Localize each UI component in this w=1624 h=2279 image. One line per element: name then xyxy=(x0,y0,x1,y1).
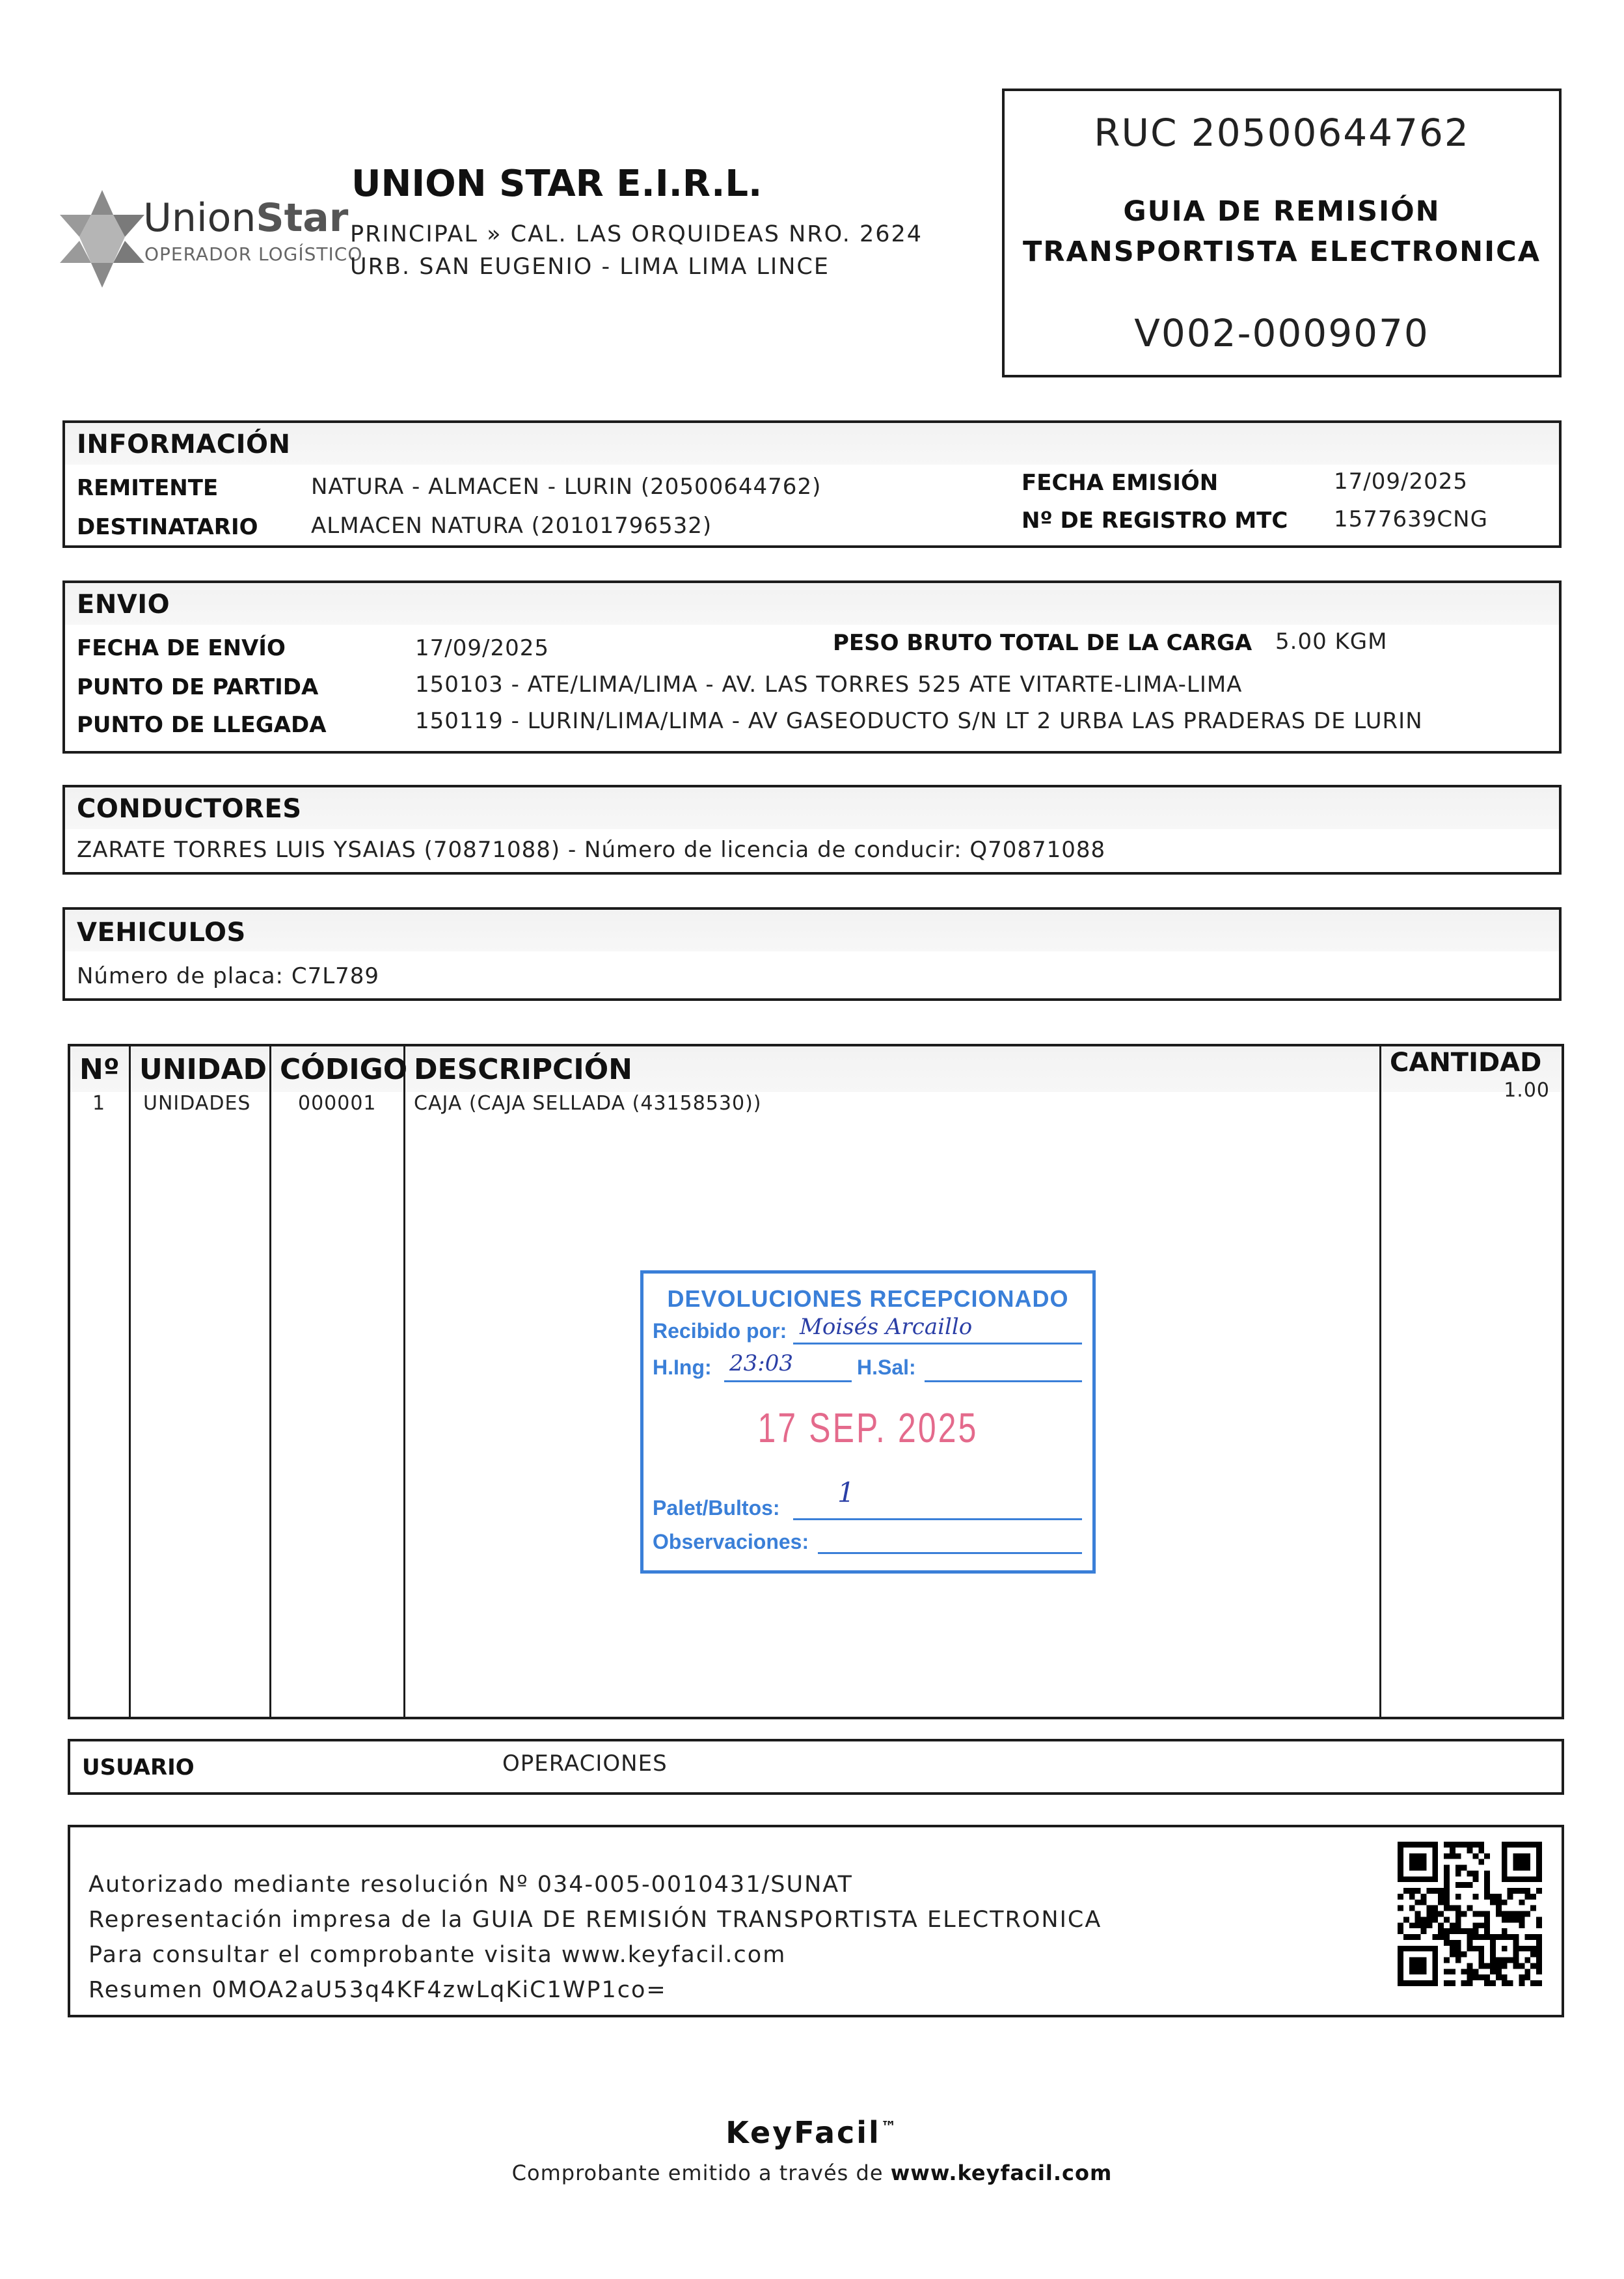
company-address-line2: URB. SAN EUGENIO - LIMA LIMA LINCE xyxy=(350,254,830,280)
usuario-label: USUARIO xyxy=(82,1754,195,1781)
section-title: CONDUCTORES xyxy=(77,794,302,824)
star-logo-icon xyxy=(60,190,144,288)
legal-representation: Representación impresa de la GUIA DE REM… xyxy=(88,1907,1102,1933)
column-header-unidad: UNIDAD xyxy=(139,1053,267,1086)
logo-tagline: OPERADOR LOGÍSTICO xyxy=(144,243,362,265)
stamp-palet-label: Palet/Bultos: xyxy=(653,1496,780,1520)
conductores-section: CONDUCTORES ZARATE TORRES LUIS YSAIAS (7… xyxy=(62,785,1562,875)
legal-hash-summary: Resumen 0MOA2aU53q4KF4zwLqKiC1WP1co= xyxy=(88,1977,667,2003)
stamp-observaciones-label: Observaciones: xyxy=(653,1530,809,1554)
row-number: 1 xyxy=(92,1092,105,1115)
column-header-no: Nº xyxy=(79,1053,120,1086)
logo-wordmark: UnionStar xyxy=(143,195,348,241)
registro-mtc-value: 1577639CNG xyxy=(1334,506,1488,532)
legal-section: Autorizado mediante resolución Nº 034-00… xyxy=(68,1825,1564,2017)
punto-partida-label: PUNTO DE PARTIDA xyxy=(77,674,318,700)
keyfacil-brand: KeyFacil™ xyxy=(0,2115,1624,2150)
fecha-envio-value: 17/09/2025 xyxy=(415,635,549,661)
document-number: V002-0009070 xyxy=(1005,311,1559,355)
remitente-value: NATURA - ALMACEN - LURIN (20500644762) xyxy=(311,474,821,500)
section-title: VEHICULOS xyxy=(77,918,246,948)
row-cantidad: 1.00 xyxy=(1504,1079,1550,1102)
row-descripcion: CAJA (CAJA SELLADA (43158530)) xyxy=(414,1092,761,1115)
document-type-line2: TRANSPORTISTA ELECTRONICA xyxy=(1005,236,1559,268)
peso-value: 5.00 KGM xyxy=(1275,629,1388,655)
legal-consult-url: Para consultar el comprobante visita www… xyxy=(88,1942,786,1968)
company-name: UNION STAR E.I.R.L. xyxy=(351,163,762,205)
ruc-number: RUC 20500644762 xyxy=(1005,111,1559,155)
document-type-line1: GUIA DE REMISIÓN xyxy=(1005,195,1559,228)
usuario-value: OPERACIONES xyxy=(502,1751,668,1777)
stamp-h-sal-label: H.Sal: xyxy=(857,1356,916,1380)
stamp-recibido-label: Recibido por: xyxy=(653,1319,787,1343)
reception-stamp: DEVOLUCIONES RECEPCIONADO Recibido por: … xyxy=(640,1270,1096,1574)
stamp-h-ing-value: 23:03 xyxy=(729,1350,793,1376)
section-title: ENVIO xyxy=(77,590,170,620)
punto-llegada-label: PUNTO DE LLEGADA xyxy=(77,712,327,738)
punto-llegada-value: 150119 - LURIN/LIMA/LIMA - AV GASEODUCTO… xyxy=(415,708,1423,734)
usuario-section: USUARIO OPERACIONES xyxy=(68,1739,1564,1795)
fecha-envio-label: FECHA DE ENVÍO xyxy=(77,635,286,661)
stamp-recibido-signature: Moisés Arcaillo xyxy=(800,1314,972,1340)
legal-authorization: Autorizado mediante resolución Nº 034-00… xyxy=(88,1872,853,1898)
keyfacil-tagline: Comprobante emitido a través de www.keyf… xyxy=(0,2161,1624,2185)
fecha-emision-value: 17/09/2025 xyxy=(1334,469,1468,495)
column-header-codigo: CÓDIGO xyxy=(280,1053,407,1086)
destinatario-label: DESTINATARIO xyxy=(77,514,258,540)
company-address-line1: PRINCIPAL » CAL. LAS ORQUIDEAS NRO. 2624 xyxy=(350,221,923,247)
qr-code-icon xyxy=(1398,1842,1542,1986)
envio-section: ENVIO FECHA DE ENVÍO 17/09/2025 PESO BRU… xyxy=(62,580,1562,754)
registro-mtc-label: Nº DE REGISTRO MTC xyxy=(1022,508,1288,534)
stamp-palet-value: 1 xyxy=(837,1477,855,1508)
document-id-box: RUC 20500644762 GUIA DE REMISIÓN TRANSPO… xyxy=(1002,89,1562,377)
peso-label: PESO BRUTO TOTAL DE LA CARGA xyxy=(833,630,1252,656)
section-title: INFORMACIÓN xyxy=(77,430,290,459)
vehiculos-section: VEHICULOS Número de placa: C7L789 xyxy=(62,907,1562,1001)
remitente-label: REMITENTE xyxy=(77,475,218,501)
stamp-h-ing-label: H.Ing: xyxy=(653,1356,712,1380)
destinatario-value: ALMACEN NATURA (20101796532) xyxy=(311,513,712,539)
driver-info: ZARATE TORRES LUIS YSAIAS (70871088) - N… xyxy=(77,837,1105,863)
informacion-section: INFORMACIÓN REMITENTE NATURA - ALMACEN -… xyxy=(62,420,1562,548)
column-header-descripcion: DESCRIPCIÓN xyxy=(414,1053,632,1086)
keyfacil-link[interactable]: www.keyfacil.com xyxy=(891,2161,1113,2185)
punto-partida-value: 150103 - ATE/LIMA/LIMA - AV. LAS TORRES … xyxy=(415,672,1242,698)
row-codigo: 000001 xyxy=(298,1092,377,1115)
vehicle-plate: Número de placa: C7L789 xyxy=(77,963,379,989)
fecha-emision-label: FECHA EMISIÓN xyxy=(1022,470,1218,496)
stamp-date: 17 SEP. 2025 xyxy=(693,1404,1043,1452)
column-header-cantidad: CANTIDAD xyxy=(1390,1048,1541,1078)
stamp-title: DEVOLUCIONES RECEPCIONADO xyxy=(643,1285,1092,1313)
row-unidad: UNIDADES xyxy=(143,1092,250,1115)
